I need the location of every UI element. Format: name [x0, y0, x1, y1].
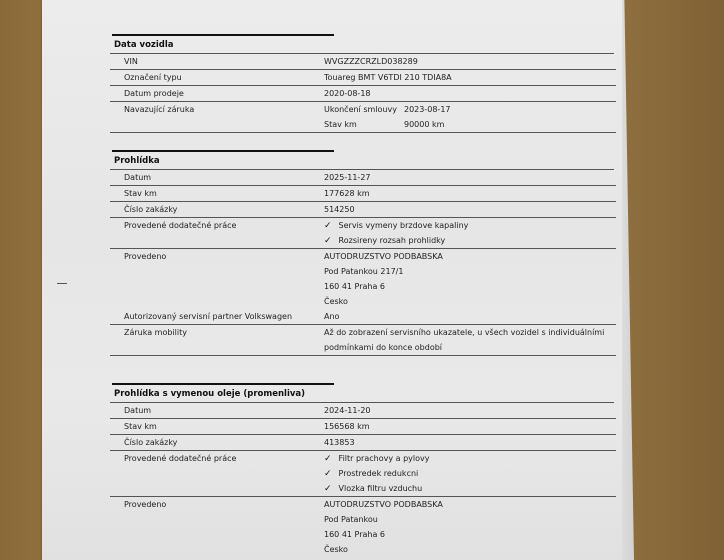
checkmark-icon: ✓	[324, 482, 336, 497]
value-line: 2020-08-18	[324, 86, 616, 101]
table-row: Provedené dodatečné práce✓ Servis vymeny…	[110, 218, 616, 249]
section-title: Prohlídka s vymenou oleje (promenliva)	[110, 385, 614, 403]
row-value: Touareg BMT V6TDI 210 TDIA8A	[324, 70, 616, 85]
table-row: Stav km156568 km	[110, 419, 616, 435]
checkmark-icon: ✓	[324, 219, 336, 234]
row-label: Číslo zakázky	[110, 202, 324, 217]
table-row: Datum2024-11-20	[110, 403, 616, 419]
row-label: Datum prodeje	[110, 86, 324, 101]
row-value: ✓ Filtr prachovy a pylovy✓ Prostredek re…	[324, 451, 616, 496]
value-line: Až do zobrazení servisního ukazatele, u …	[324, 325, 616, 340]
table-row: ProvedenoAUTODRUZSTVO PODBABSKAPod Patan…	[110, 497, 616, 557]
value-line: 413853	[324, 435, 616, 450]
check-item: ✓ Filtr prachovy a pylovy	[324, 451, 616, 466]
row-label: Provedeno	[110, 497, 324, 557]
table-row: Datum2025-11-27	[110, 170, 616, 186]
row-value: 2025-11-27	[324, 170, 616, 185]
value-line: AUTODRUZSTVO PODBABSKA	[324, 249, 616, 264]
row-value: 514250	[324, 202, 616, 217]
value-line: WVGZZZCRZLD038289	[324, 54, 616, 69]
row-value: Ano	[324, 309, 616, 324]
value-line: Česko	[324, 542, 616, 557]
row-value: 156568 km	[324, 419, 616, 434]
value-line: 2025-11-27	[324, 170, 616, 185]
value-line: Pod Patankou 217/1	[324, 264, 616, 279]
row-label: Navazující záruka	[110, 102, 324, 132]
row-value: 177628 km	[324, 186, 616, 201]
row-label: Stav km	[110, 419, 324, 434]
table-row: Autorizovaný servisní partner Volkswagen…	[110, 309, 616, 325]
check-item: ✓ Servis vymeny brzdove kapaliny	[324, 218, 616, 233]
section-title: Data vozidla	[110, 36, 614, 54]
check-item: ✓ Prostredek redukcni	[324, 466, 616, 481]
row-value: WVGZZZCRZLD038289	[324, 54, 616, 69]
value-line: 156568 km	[324, 419, 616, 434]
row-label: Provedené dodatečné práce	[110, 451, 324, 496]
table-row: Číslo zakázky514250	[110, 202, 616, 218]
row-value: 2024-11-20	[324, 403, 616, 418]
row-value: ✓ Servis vymeny brzdove kapaliny✓ Rozsir…	[324, 218, 616, 248]
document-page: Data vozidlaVINWVGZZZCRZLD038289Označení…	[42, 0, 622, 560]
row-label: Záruka mobility	[110, 325, 324, 355]
table-row: Datum prodeje2020-08-18	[110, 86, 616, 102]
row-value: AUTODRUZSTVO PODBABSKAPod Patankou 217/1…	[324, 249, 616, 309]
row-label: Datum	[110, 170, 324, 185]
section-1: ProhlídkaDatum2025-11-27Stav km177628 km…	[110, 150, 620, 356]
row-label: Datum	[110, 403, 324, 418]
row-label: VIN	[110, 54, 324, 69]
table-row: Číslo zakázky413853	[110, 435, 616, 451]
section-title: Prohlídka	[110, 152, 614, 170]
table-row: Stav km177628 km	[110, 186, 616, 202]
value-pair: Stav km90000 km	[324, 117, 616, 132]
checkmark-icon: ✓	[324, 234, 336, 249]
value-line: Česko	[324, 294, 616, 309]
table-row: VINWVGZZZCRZLD038289	[110, 54, 616, 70]
row-value: 2020-08-18	[324, 86, 616, 101]
value-line: 177628 km	[324, 186, 616, 201]
value-line: Pod Patankou	[324, 512, 616, 527]
row-value: AUTODRUZSTVO PODBABSKAPod Patankou160 41…	[324, 497, 616, 557]
table-row: Označení typuTouareg BMT V6TDI 210 TDIA8…	[110, 70, 616, 86]
row-label: Provedené dodatečné práce	[110, 218, 324, 248]
value-line: 2024-11-20	[324, 403, 616, 418]
value-line: Touareg BMT V6TDI 210 TDIA8A	[324, 70, 616, 85]
section-0: Data vozidlaVINWVGZZZCRZLD038289Označení…	[110, 34, 620, 133]
check-item: ✓ Rozsireny rozsah prohlidky	[324, 233, 616, 248]
check-item: ✓ Vlozka filtru vzduchu	[324, 481, 616, 496]
value-line: 514250	[324, 202, 616, 217]
value-line: AUTODRUZSTVO PODBABSKA	[324, 497, 616, 512]
section-2: Prohlídka s vymenou oleje (promenliva)Da…	[110, 383, 620, 557]
row-label: Autorizovaný servisní partner Volkswagen	[110, 309, 324, 324]
row-value: 413853	[324, 435, 616, 450]
row-label: Provedeno	[110, 249, 324, 309]
table-row: Navazující zárukaUkončení smlouvy2023-08…	[110, 102, 616, 133]
row-label: Číslo zakázky	[110, 435, 324, 450]
table-row: Provedené dodatečné práce✓ Filtr prachov…	[110, 451, 616, 497]
row-label: Označení typu	[110, 70, 324, 85]
checkmark-icon: ✓	[324, 467, 336, 482]
table-row: ProvedenoAUTODRUZSTVO PODBABSKAPod Patan…	[110, 249, 616, 309]
value-line: podmínkami do konce období	[324, 340, 616, 355]
row-value: Ukončení smlouvy2023-08-17Stav km90000 k…	[324, 102, 616, 132]
value-line: Ano	[324, 309, 616, 324]
value-pair: Ukončení smlouvy2023-08-17	[324, 102, 616, 117]
checkmark-icon: ✓	[324, 452, 336, 467]
margin-mark	[57, 283, 67, 284]
row-label: Stav km	[110, 186, 324, 201]
value-line: 160 41 Praha 6	[324, 279, 616, 294]
row-value: Až do zobrazení servisního ukazatele, u …	[324, 325, 616, 355]
table-row: Záruka mobilityAž do zobrazení servisníh…	[110, 325, 616, 356]
value-line: 160 41 Praha 6	[324, 527, 616, 542]
